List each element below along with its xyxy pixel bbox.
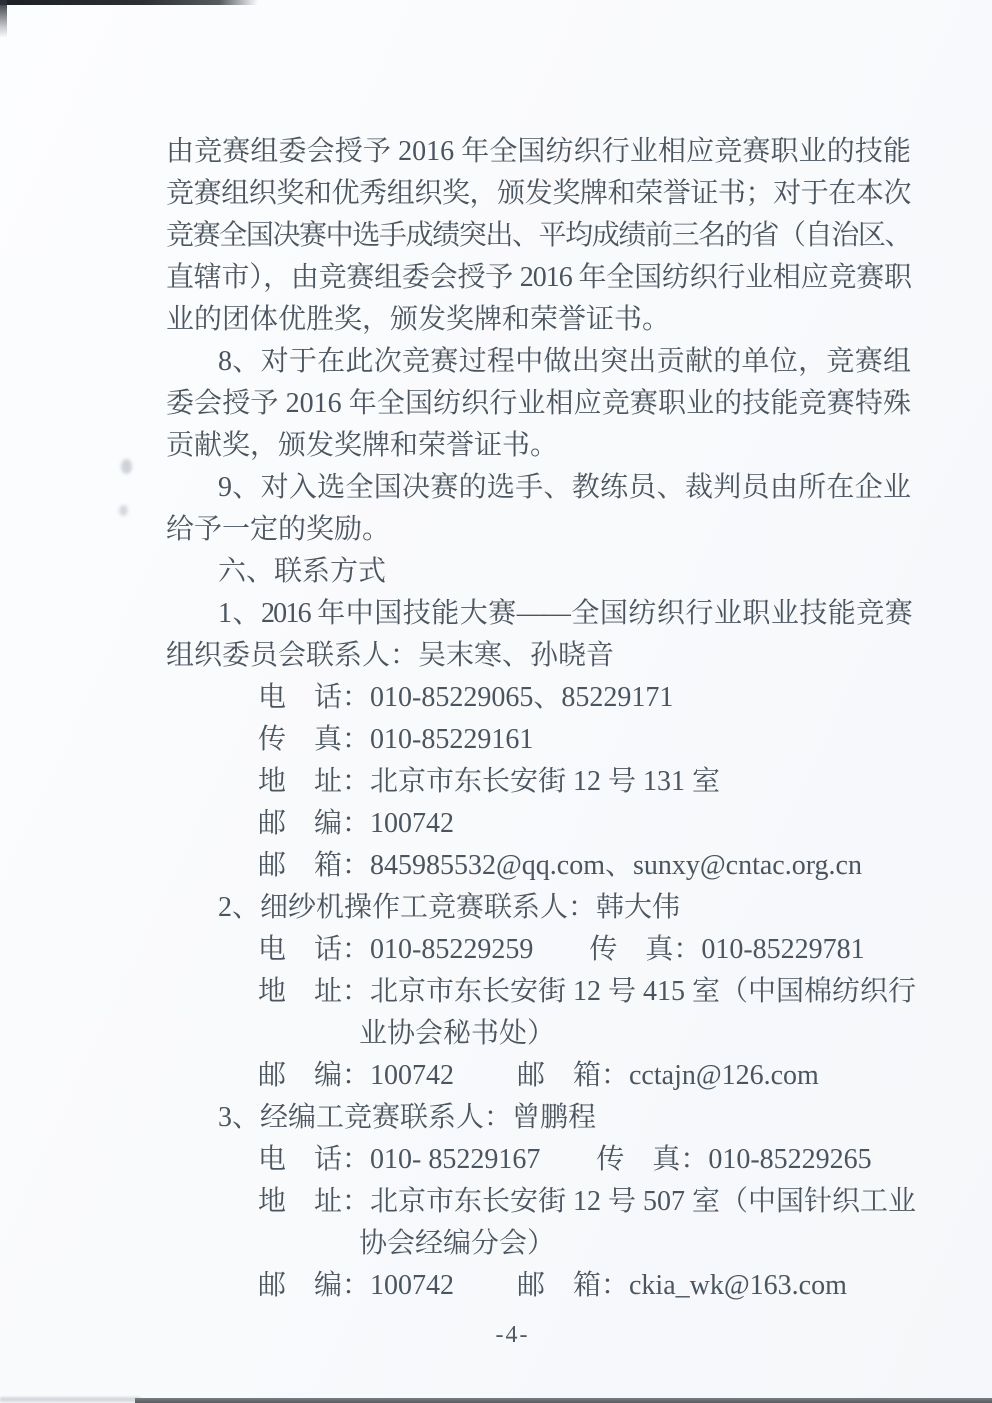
scan-artifact-bottom-smudge	[0, 1397, 140, 1402]
contact-email-line: 邮 箱：845985532@qq.com、sunxy@cntac.org.cn	[166, 845, 911, 887]
contact-address-line: 地 址：北京市东长安街 12 号 415 室（中国棉纺织行	[166, 971, 911, 1013]
contact-item-1-line: 1、2016 年中国技能大赛——全国纺织行业职业技能竞赛	[166, 593, 911, 635]
paragraph-line: 由竞赛组委会授予 2016 年全国纺织行业相应竞赛职业的技能	[166, 131, 911, 173]
contact-address-wrap-line: 业协会秘书处）	[166, 1013, 911, 1055]
contact-item-2-line: 2、细纱机操作工竞赛联系人：韩大伟	[166, 887, 911, 929]
contact-zip-email-line: 邮 编：100742 邮 箱：cctajn@126.com	[166, 1055, 911, 1097]
contact-phone-fax-line: 电 话：010- 85229167 传 真：010-85229265	[166, 1139, 911, 1181]
paragraph-line: 业的团体优胜奖，颁发奖牌和荣誉证书。	[166, 299, 911, 341]
section-heading-contact: 六、联系方式	[166, 551, 911, 593]
scan-artifact-left-edge	[0, 0, 7, 38]
paragraph-item-8-line: 8、对于在此次竞赛过程中做出突出贡献的单位，竞赛组	[166, 341, 911, 383]
contact-zipcode-line: 邮 编：100742	[166, 803, 911, 845]
paragraph-line: 竞赛组织奖和优秀组织奖，颁发奖牌和荣誉证书；对于在本次	[166, 173, 911, 215]
contact-item-3-line: 3、经编工竞赛联系人：曾鹏程	[166, 1097, 911, 1139]
paragraph-line: 竞赛全国决赛中选手成绩突出、平均成绩前三名的省（自治区、	[166, 215, 911, 257]
contact-zip-email-line: 邮 编：100742 邮 箱：ckia_wk@163.com	[166, 1265, 911, 1307]
contact-fax-line: 传 真：010-85229161	[166, 719, 911, 761]
contact-item-1-line: 组织委员会联系人：吴末寒、孙晓音	[166, 635, 911, 677]
paragraph-line: 给予一定的奖励。	[166, 509, 911, 551]
contact-phone-line: 电 话：010-85229065、85229171	[166, 677, 911, 719]
contact-address-wrap-line: 协会经编分会）	[166, 1223, 911, 1265]
scan-artifact-smudge	[119, 505, 128, 516]
paragraph-line: 贡献奖，颁发奖牌和荣誉证书。	[166, 425, 911, 467]
contact-phone-fax-line: 电 话：010-85229259 传 真：010-85229781	[166, 929, 911, 971]
scan-artifact-smudge	[121, 459, 132, 474]
contact-address-line: 地 址：北京市东长安街 12 号 131 室	[166, 761, 911, 803]
paragraph-item-9-line: 9、对入选全国决赛的选手、教练员、裁判员由所在企业	[166, 467, 911, 509]
scanned-page: 由竞赛组委会授予 2016 年全国纺织行业相应竞赛职业的技能 竞赛组织奖和优秀组…	[0, 0, 992, 1403]
paragraph-line: 直辖市），由竞赛组委会授予 2016 年全国纺织行业相应竞赛职	[166, 257, 911, 299]
contact-address-line: 地 址：北京市东长安街 12 号 507 室（中国针织工业	[166, 1181, 911, 1223]
page-number: -4-	[140, 1314, 885, 1356]
paragraph-line: 委会授予 2016 年全国纺织行业相应竞赛职业的技能竞赛特殊	[166, 383, 911, 425]
scan-artifact-top-edge	[0, 0, 258, 5]
document-body: 由竞赛组委会授予 2016 年全国纺织行业相应竞赛职业的技能 竞赛组织奖和优秀组…	[166, 131, 911, 1307]
scan-artifact-bottom-edge	[135, 1398, 992, 1403]
